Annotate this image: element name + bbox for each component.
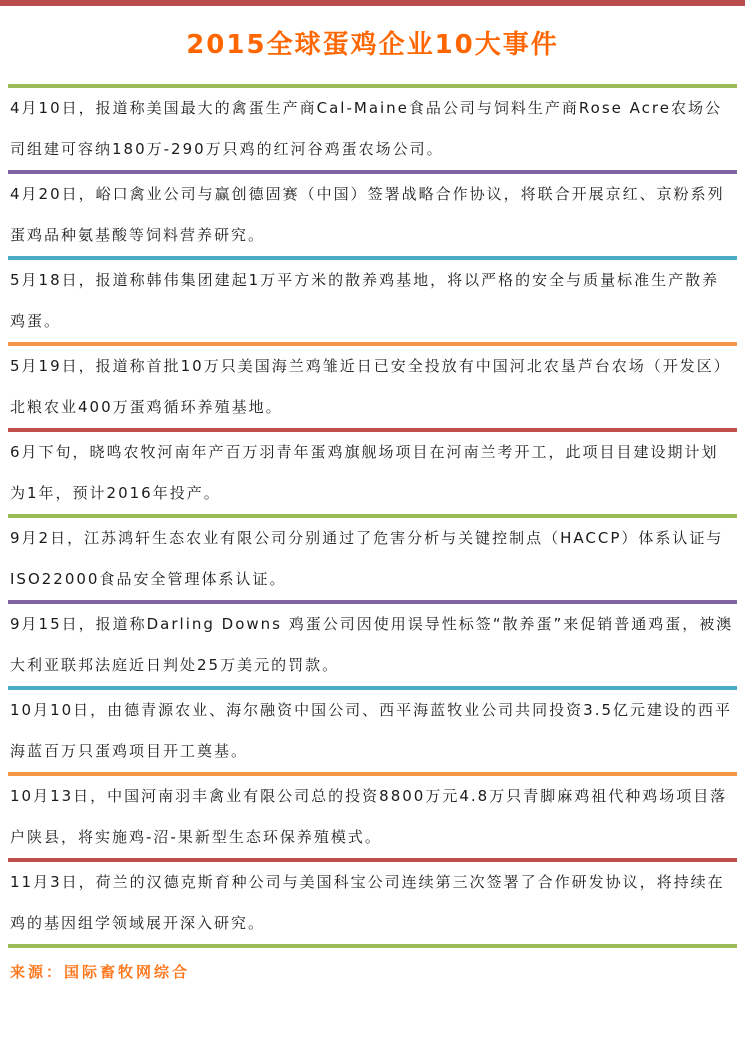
event-text: 10月13日，中国河南羽丰禽业有限公司总的投资8800万元4.8万只青脚麻鸡祖代…: [0, 776, 745, 858]
event-item: 9月15日，报道称Darling Downs 鸡蛋公司因使用误导性标签“散养蛋”…: [0, 604, 745, 690]
event-text: 9月2日，江苏鸿轩生态农业有限公司分别通过了危害分析与关键控制点（HACCP）体…: [0, 518, 745, 600]
event-item: 9月2日，江苏鸿轩生态农业有限公司分别通过了危害分析与关键控制点（HACCP）体…: [0, 518, 745, 604]
event-text: 9月15日，报道称Darling Downs 鸡蛋公司因使用误导性标签“散养蛋”…: [0, 604, 745, 686]
page-title: 2015全球蛋鸡企业10大事件: [0, 6, 745, 84]
event-item: 4月20日，峪口禽业公司与赢创德固赛（中国）签署战略合作协议，将联合开展京红、京…: [0, 174, 745, 260]
event-item: 11月3日，荷兰的汉德克斯育种公司与美国科宝公司连续第三次签署了合作研发协议，将…: [0, 862, 745, 948]
event-item: 10月13日，中国河南羽丰禽业有限公司总的投资8800万元4.8万只青脚麻鸡祖代…: [0, 776, 745, 862]
event-text: 4月20日，峪口禽业公司与赢创德固赛（中国）签署战略合作协议，将联合开展京红、京…: [0, 174, 745, 256]
event-item: 6月下旬，晓鸣农牧河南年产百万羽青年蛋鸡旗舰场项目在河南兰考开工，此项目目建设期…: [0, 432, 745, 518]
event-text: 6月下旬，晓鸣农牧河南年产百万羽青年蛋鸡旗舰场项目在河南兰考开工，此项目目建设期…: [0, 432, 745, 514]
event-text: 5月18日，报道称韩伟集团建起1万平方米的散养鸡基地，将以严格的安全与质量标准生…: [0, 260, 745, 342]
event-item: 4月10日，报道称美国最大的禽蛋生产商Cal-Maine食品公司与饲料生产商Ro…: [0, 88, 745, 174]
event-text: 10月10日，由德青源农业、海尔融资中国公司、西平海蓝牧业公司共同投资3.5亿元…: [0, 690, 745, 772]
source-credit: 来源：国际畜牧网综合: [0, 948, 745, 982]
event-text: 4月10日，报道称美国最大的禽蛋生产商Cal-Maine食品公司与饲料生产商Ro…: [0, 88, 745, 170]
event-item: 5月18日，报道称韩伟集团建起1万平方米的散养鸡基地，将以严格的安全与质量标准生…: [0, 260, 745, 346]
event-text: 11月3日，荷兰的汉德克斯育种公司与美国科宝公司连续第三次签署了合作研发协议，将…: [0, 862, 745, 944]
event-item: 5月19日，报道称首批10万只美国海兰鸡雏近日已安全投放有中国河北农垦芦台农场（…: [0, 346, 745, 432]
event-item: 10月10日，由德青源农业、海尔融资中国公司、西平海蓝牧业公司共同投资3.5亿元…: [0, 690, 745, 776]
event-text: 5月19日，报道称首批10万只美国海兰鸡雏近日已安全投放有中国河北农垦芦台农场（…: [0, 346, 745, 428]
